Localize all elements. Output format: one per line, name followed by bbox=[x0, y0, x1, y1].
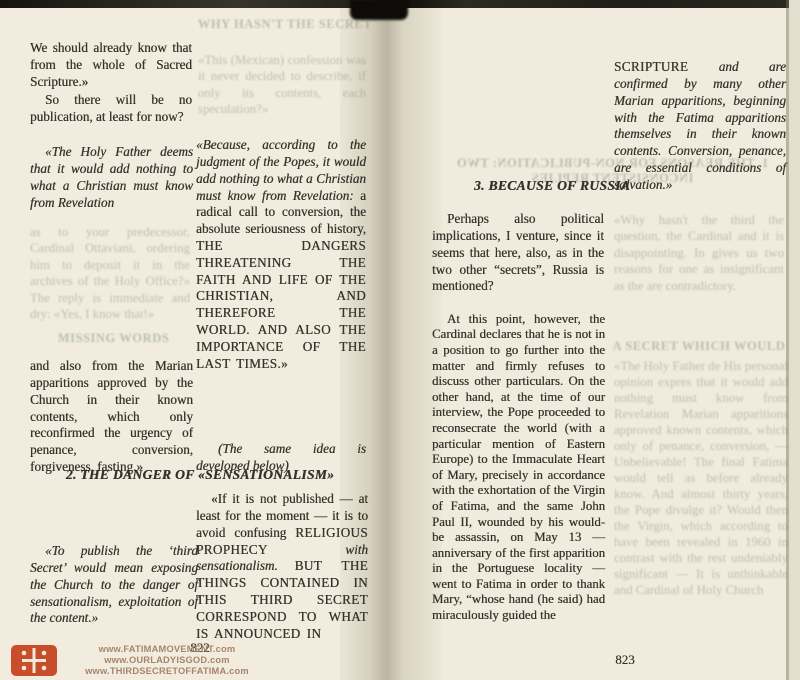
ghost-paragraph-left-col2: «This (Mexican) confession was it never … bbox=[198, 52, 366, 118]
quote-caps-segment: THE DANGERS THREATENING THE FAITH AND LI… bbox=[196, 238, 366, 371]
ghost-heading-left-col1: MISSING WORDS bbox=[36, 330, 191, 346]
ghost-paragraph-right-col2-1: «Why hasn't the third the question, the … bbox=[614, 212, 784, 294]
watermark-url: www.OURLADYISGOD.com bbox=[58, 655, 276, 666]
watermark-url: www.THIRDSECRETOFFATIMA.com bbox=[58, 666, 276, 677]
watermark-url: www.FATIMAMOVEMENT.com bbox=[58, 644, 276, 655]
ghost-heading-left-top: WHY HASN'T THE SECRET bbox=[185, 16, 385, 32]
paragraph-no-publication-question: So there will be no publication, at leas… bbox=[30, 92, 192, 126]
quote-caps-segment: SCRIPTURE bbox=[614, 59, 688, 74]
page-edge-paper bbox=[789, 0, 800, 680]
ghost-heading-right-col2: A SECRET WHICH WOULD bbox=[612, 338, 786, 354]
quote-italic-segment: and are confirmed by many other Marian a… bbox=[614, 59, 786, 192]
page-number-right: 823 bbox=[580, 652, 670, 668]
book-scan-spread: WHY HASN'T THE SECRET «This (Mexican) co… bbox=[0, 0, 800, 680]
paragraph-sacred-scripture: We should already know that from the who… bbox=[30, 40, 192, 90]
paragraph-same-idea-note: (The same idea is developed below) bbox=[196, 441, 366, 475]
paragraph-holy-father-deems: «The Holy Father deems that it would add… bbox=[30, 144, 193, 211]
paragraph-marian-apparitions: and also from the Marian apparitions app… bbox=[30, 358, 193, 476]
quote-italic-segment: «Because, according to the judgment of t… bbox=[196, 137, 366, 202]
paragraph-cardinal-declares: At this point, however, the Cardinal dec… bbox=[432, 312, 605, 624]
watermark-urls: www.FATIMAMOVEMENT.com www.OURLADYISGOD.… bbox=[58, 644, 276, 676]
watermark: www.FATIMAMOVEMENT.com www.OURLADYISGOD.… bbox=[10, 644, 276, 677]
paragraph-to-publish-third-secret: «To publish the ‘third Secret’ would mea… bbox=[30, 543, 198, 627]
ghost-paragraph-left-col1: as to your predecessor, Cardinal Ottavia… bbox=[30, 224, 190, 322]
ghost-paragraph-right-col2-2: «The Holy Father de His personal opinion… bbox=[614, 358, 788, 598]
paragraph-if-not-published: «If it is not published — at least for t… bbox=[196, 491, 368, 642]
paragraph-because-according: «Because, according to the judgment of t… bbox=[196, 137, 366, 372]
paragraph-scripture-confirmed: SCRIPTURE and are confirmed by many othe… bbox=[614, 59, 786, 193]
section-heading-because-of-russia: 3. BECAUSE OF RUSSIA bbox=[432, 178, 672, 194]
paragraph-political-implications: Perhaps also political implications, I v… bbox=[432, 211, 604, 295]
crest-icon bbox=[10, 644, 58, 677]
